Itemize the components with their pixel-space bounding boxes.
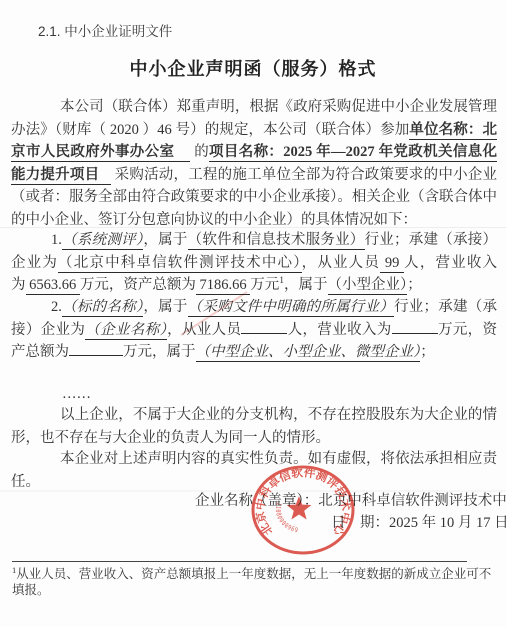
staff-count-blank (241, 320, 287, 334)
item-2-text: ，属于 (143, 299, 187, 315)
company-signature-line: 企业名称（盖章）：北京中科卓信软件测评技术中心 (195, 489, 506, 510)
item-2-text: 人，营业收入为 (287, 322, 391, 338)
item-2-text: ； (420, 344, 435, 360)
item-2-number: 2. (51, 299, 62, 315)
date-line: 日 期：2025 年 10 月 17 日 (331, 511, 506, 532)
revenue-blank (392, 320, 438, 334)
item-1-paragraph: 1.（系统测评），属于（软件和信息技术服务业）行业；承建（承接）企业为（北京中科… (11, 229, 497, 297)
item-2-subject: （标的名称） (62, 299, 143, 317)
item-2-text: ，从业人员 (167, 322, 241, 338)
item-1-assets: 7186.66 (196, 277, 250, 295)
item-2-company: （企业名称） (85, 322, 167, 340)
item-2-text: 万元，属于 (123, 344, 196, 360)
item-1-staff-count: 99 (380, 255, 404, 273)
page-title: 中小企业声明函（服务）格式 (0, 55, 506, 81)
item-1-text: ； (407, 277, 422, 293)
ellipsis-line: …… (11, 383, 497, 406)
no-big-enterprise-paragraph: 以上企业，不属于大企业的分支机构，不存在控股股东为大企业的情形，也不存在与大企业… (11, 404, 497, 449)
footnote-divider (12, 561, 467, 562)
footnote: 1从业人员、营业收入、资产总额填报上一年度数据，无上一年度数据的新成立企业可不填… (12, 566, 500, 598)
item-1-text: ，属于 (143, 232, 187, 248)
item-1-industry: （软件和信息技术服务业） (188, 232, 365, 250)
intro-paragraph: 本公司（联合体）郑重声明，根据《政府采购促进中小企业发展管理办法》（财库（ 20… (11, 96, 497, 231)
document-page: 2.1. 中小企业证明文件 中小企业声明函（服务）格式 本公司（联合体）郑重声明… (0, 0, 506, 627)
item-1-text: 万元 (250, 277, 279, 293)
item-2-paragraph: 2.（标的名称），属于（采购文件中明确的所属行业）行业；承建（承接）企业为（企业… (11, 296, 497, 364)
item-1-text: ，从业人员 (302, 255, 380, 271)
item-1-text: ，属于 (284, 277, 328, 293)
item-1-revenue: 6563.66 (26, 277, 80, 295)
item-2-industry: （采购文件中明确的所属行业） (188, 299, 394, 317)
item-1-company: （北京中科卓信软件测评技术中心） (58, 255, 302, 273)
item-1-subject: （系统测评） (62, 232, 143, 250)
assets-blank (69, 342, 123, 356)
item-2-enterprise-size: （中型企业、小型企业、微型企业） (196, 344, 421, 362)
intro-mid: 的 (190, 144, 209, 160)
footnote-text: 从业人员、营业收入、资产总额填报上一年度数据，无上一年度数据的新成立企业可不填报… (12, 567, 491, 597)
item-1-text: 万元，资产总额为 (80, 277, 196, 293)
responsibility-paragraph: 本企业对上述声明内容的真实性负责。如有虚假，将依法承担相应责任。 (11, 448, 497, 493)
item-1-number: 1. (51, 232, 62, 248)
section-heading: 2.1. 中小企业证明文件 (38, 20, 172, 40)
item-1-enterprise-size: （小型企业） (328, 277, 408, 295)
